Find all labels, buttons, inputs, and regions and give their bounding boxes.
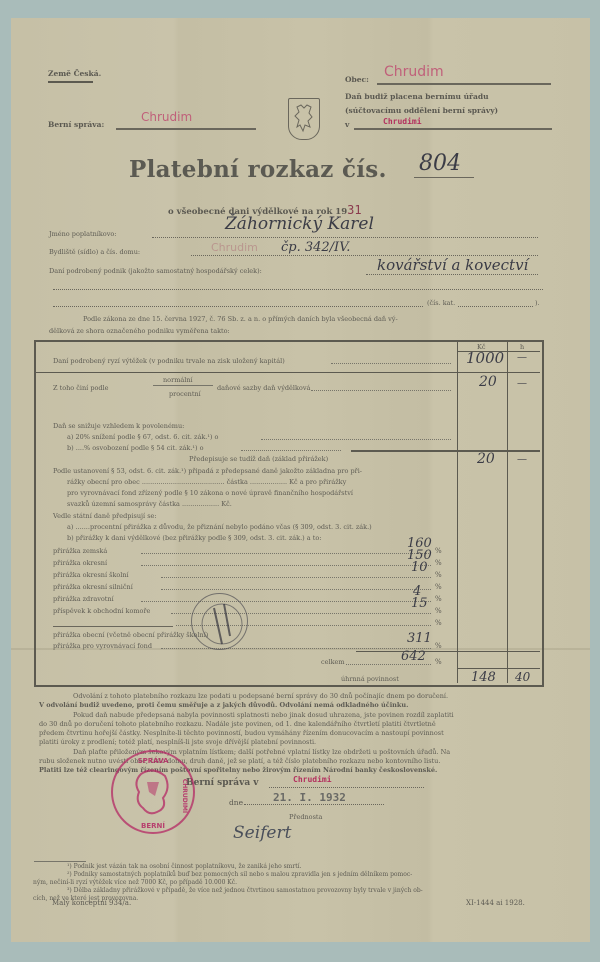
percent-sign: % — [435, 619, 442, 627]
land-underline — [48, 81, 93, 83]
surcharge-label: příspěvek k obchodní komoře — [53, 607, 150, 615]
percent-sign: % — [435, 571, 442, 579]
cat-line — [458, 306, 533, 307]
surcharge-value: 15 — [411, 596, 428, 611]
business-line-2 — [53, 289, 543, 290]
grand-total-label: úhrnná povinnost — [341, 675, 399, 683]
date-line — [244, 804, 384, 805]
net-yield-label: Daní podrobený ryzí výtěžek (v podniku t… — [53, 357, 285, 365]
rate-kc: 20 — [479, 374, 497, 390]
surcharge-label: přirážka okresní silniční — [53, 583, 133, 591]
postmark-stamp — [191, 593, 248, 650]
office-line — [269, 787, 424, 788]
surcharge-label: přirážka pro vyrovnávací fond — [53, 642, 152, 650]
row-divider-1 — [36, 372, 540, 373]
lion-emblem-icon: SPRÁVA BERNÍ CHRUDIMI — [113, 752, 193, 832]
tax-office-value: Chrudim — [141, 110, 192, 124]
besides-label: Vedle státní daně předpisují se: — [53, 512, 157, 520]
leader-dots — [141, 601, 431, 602]
office-label: Berní správa v — [186, 778, 259, 788]
footnote-3a: ³) Dělba základny přirážkové v případě, … — [67, 887, 423, 894]
percent-sign: % — [435, 607, 442, 615]
order-number-line — [414, 177, 474, 178]
rate-fraction-line — [153, 385, 213, 386]
tax-office-line — [116, 128, 256, 130]
in-label: v — [345, 120, 349, 129]
subtotal-line — [351, 450, 540, 452]
net-yield-h: — — [517, 352, 527, 363]
para1-line4: svazků územní samosprávy částka ........… — [67, 500, 232, 508]
cat-close: ). — [535, 299, 540, 307]
state-crest-icon — [288, 98, 320, 140]
leader-dots — [141, 565, 431, 566]
land-label: Země Česká. — [48, 69, 101, 78]
leader-dots — [161, 577, 431, 578]
business-label: Daní podrobený podnik (jakožto samostatn… — [49, 267, 262, 275]
tax-office-label: Berní správa: — [48, 120, 104, 129]
cheque-line3: Platiti lze též clearingovým řízením poš… — [39, 766, 437, 774]
taxpayer-label: Jméno poplatníkovo: — [49, 230, 116, 238]
tax-office-seal: SPRÁVA BERNÍ CHRUDIMI — [111, 750, 195, 834]
leader-dots — [331, 363, 451, 364]
cat-label: (čís. kat. — [427, 299, 455, 307]
cheque-line2: rubu složenek nutno uvésti obec, číslo d… — [39, 757, 440, 765]
municipality-label: Obec: — [345, 75, 369, 84]
date-stamp: 21. I. 1932 — [273, 791, 346, 804]
total-divider — [356, 651, 540, 652]
para1-line1: Podle ustanovení § 53, odst. 6. cit. zák… — [53, 467, 362, 475]
leader-dots — [141, 553, 431, 554]
surcharge-value: 311 — [407, 631, 432, 646]
grand-total-kc: 148 — [471, 670, 496, 685]
prescribed-label: Předepisuje se tudíž daň (základ přiráže… — [189, 455, 328, 463]
head-signature: Seifert — [233, 823, 291, 843]
prescribed-kc: 20 — [477, 451, 495, 467]
prescribed-h: — — [517, 454, 527, 465]
svg-text:SPRÁVA: SPRÁVA — [138, 756, 169, 765]
tax-document-paper: Země Česká. Obec: Chrudim Daň budiž plac… — [11, 18, 590, 942]
appeal-line1: Odvolání z tohoto platebního rozkazu lze… — [73, 692, 448, 700]
pay-to-line1: Daň budiž placena bernímu úřadu — [345, 92, 489, 101]
reduce-label: Daň se snižuje vzhledem k povolenému: — [53, 422, 184, 430]
business-line-3 — [53, 306, 423, 307]
footnote-2a: ²) Podniky samostatných poplatníků buď b… — [67, 871, 412, 878]
taxpayer-value: Žáhornický Karel — [225, 214, 374, 234]
blank-surcharge-line — [53, 626, 173, 627]
head-label: Přednosta — [289, 813, 322, 821]
reduce-b: b) ....% osvobození podle § 54 cit. zák.… — [67, 444, 204, 452]
taxpayer-line — [152, 237, 538, 238]
rate-h: — — [517, 378, 527, 389]
business-value: kovářství a kovectví — [377, 256, 528, 274]
municipality-line — [377, 83, 551, 85]
surcharge-label: přirážka okresní školní — [53, 571, 129, 579]
total-percent: % — [435, 658, 442, 666]
para1-line3: pro vyrovnávací fond zřízený podle § 10 … — [67, 489, 353, 497]
footer-print-ref: XI-1444 ai 1928. — [466, 899, 525, 907]
besides-b: b) přirážky k dani výdělkové (bez přiráž… — [67, 534, 321, 542]
leader-dots — [346, 664, 431, 665]
pay-line1: Pokud daň nabude předepsaná nabyla povin… — [73, 711, 454, 719]
pay-line4: platiti úroky z prodlení; totéž platí, n… — [39, 738, 316, 746]
col-divider-h — [507, 342, 508, 683]
percent-sign: % — [435, 583, 442, 591]
net-yield-kc: 1000 — [466, 349, 504, 367]
residence-house: čp. 342/IV. — [281, 240, 350, 255]
footnote-divider — [34, 861, 86, 862]
pay-line3: předem čtvrtinu hořejší částky. Nesplnít… — [39, 729, 444, 737]
percent-sign: % — [435, 559, 442, 567]
appeal-line2: V odvolání budiž uvedeno, proti čemu smě… — [39, 701, 408, 709]
postmark-icon — [192, 594, 247, 649]
surcharge-label: přirážka obecní (včetně obecní přirážky … — [53, 631, 208, 639]
page-title: Platební rozkaz čís. — [129, 156, 387, 183]
col-h-header: h — [520, 343, 524, 351]
rate-prefix: Z toho činí podle — [53, 384, 109, 392]
footer-form-id: Malý konceptní 934/a. — [52, 899, 131, 907]
besides-a: a) .......procentní přirážka z důvodu, ž… — [67, 523, 372, 531]
rate-suffix: daňové sazby daň výdělková — [217, 384, 310, 392]
pay-to-line2: (súčtovacímu oddělení berní správy) — [345, 106, 498, 115]
leader-dots — [311, 390, 451, 391]
grand-divider — [457, 668, 540, 669]
business-line — [366, 274, 538, 275]
in-line — [354, 128, 552, 130]
in-value-stamp: Chrudimi — [383, 117, 422, 126]
rate-normal: normální — [163, 376, 193, 384]
leader-dots — [261, 439, 451, 440]
leader-dots — [161, 589, 431, 590]
total-value: 642 — [401, 649, 426, 664]
residence-label: Bydliště (sídlo) a čís. domu: — [49, 248, 140, 256]
grand-total-h: 40 — [515, 670, 530, 684]
order-number: 804 — [419, 151, 461, 176]
footnote-2b: ným, nečiní-li ryzí výtěžek více než 700… — [33, 879, 237, 886]
office-value-stamp: Chrudimi — [293, 775, 332, 784]
surcharge-label: přirážka okresní — [53, 559, 107, 567]
footnote-1: ¹) Podnik jest vázán tak na osobní činno… — [67, 863, 301, 870]
reduce-a: a) 20% snížení podle § 67, odst. 6. cit.… — [67, 433, 218, 441]
intro-line1: Podle zákona ze dne 15. června 1927, č. … — [83, 315, 398, 323]
residence-town: Chrudim — [211, 241, 258, 254]
svg-text:CHRUDIMI: CHRUDIMI — [181, 779, 188, 813]
leader-dots — [241, 450, 341, 451]
col-divider-kc — [457, 342, 458, 683]
date-label: dne — [229, 798, 243, 807]
intro-line2: dělková ze shora označeného podniku vymě… — [49, 327, 230, 335]
surcharge-label: přirážka zdravotní — [53, 595, 114, 603]
percent-sign: % — [435, 595, 442, 603]
pay-line2: do 30 dnů po doručení tohoto platebního … — [39, 720, 436, 728]
para1-line2: rážky obecní pro obec ..................… — [67, 478, 346, 486]
rate-percent: procentní — [169, 390, 201, 398]
total-label: celkem — [321, 658, 345, 666]
percent-sign: % — [435, 547, 442, 555]
percent-sign: % — [435, 642, 442, 650]
svg-text:BERNÍ: BERNÍ — [141, 821, 165, 830]
surcharge-value: 10 — [411, 560, 428, 575]
municipality-value: Chrudim — [384, 64, 444, 80]
surcharge-label: přirážka zemská — [53, 547, 107, 555]
